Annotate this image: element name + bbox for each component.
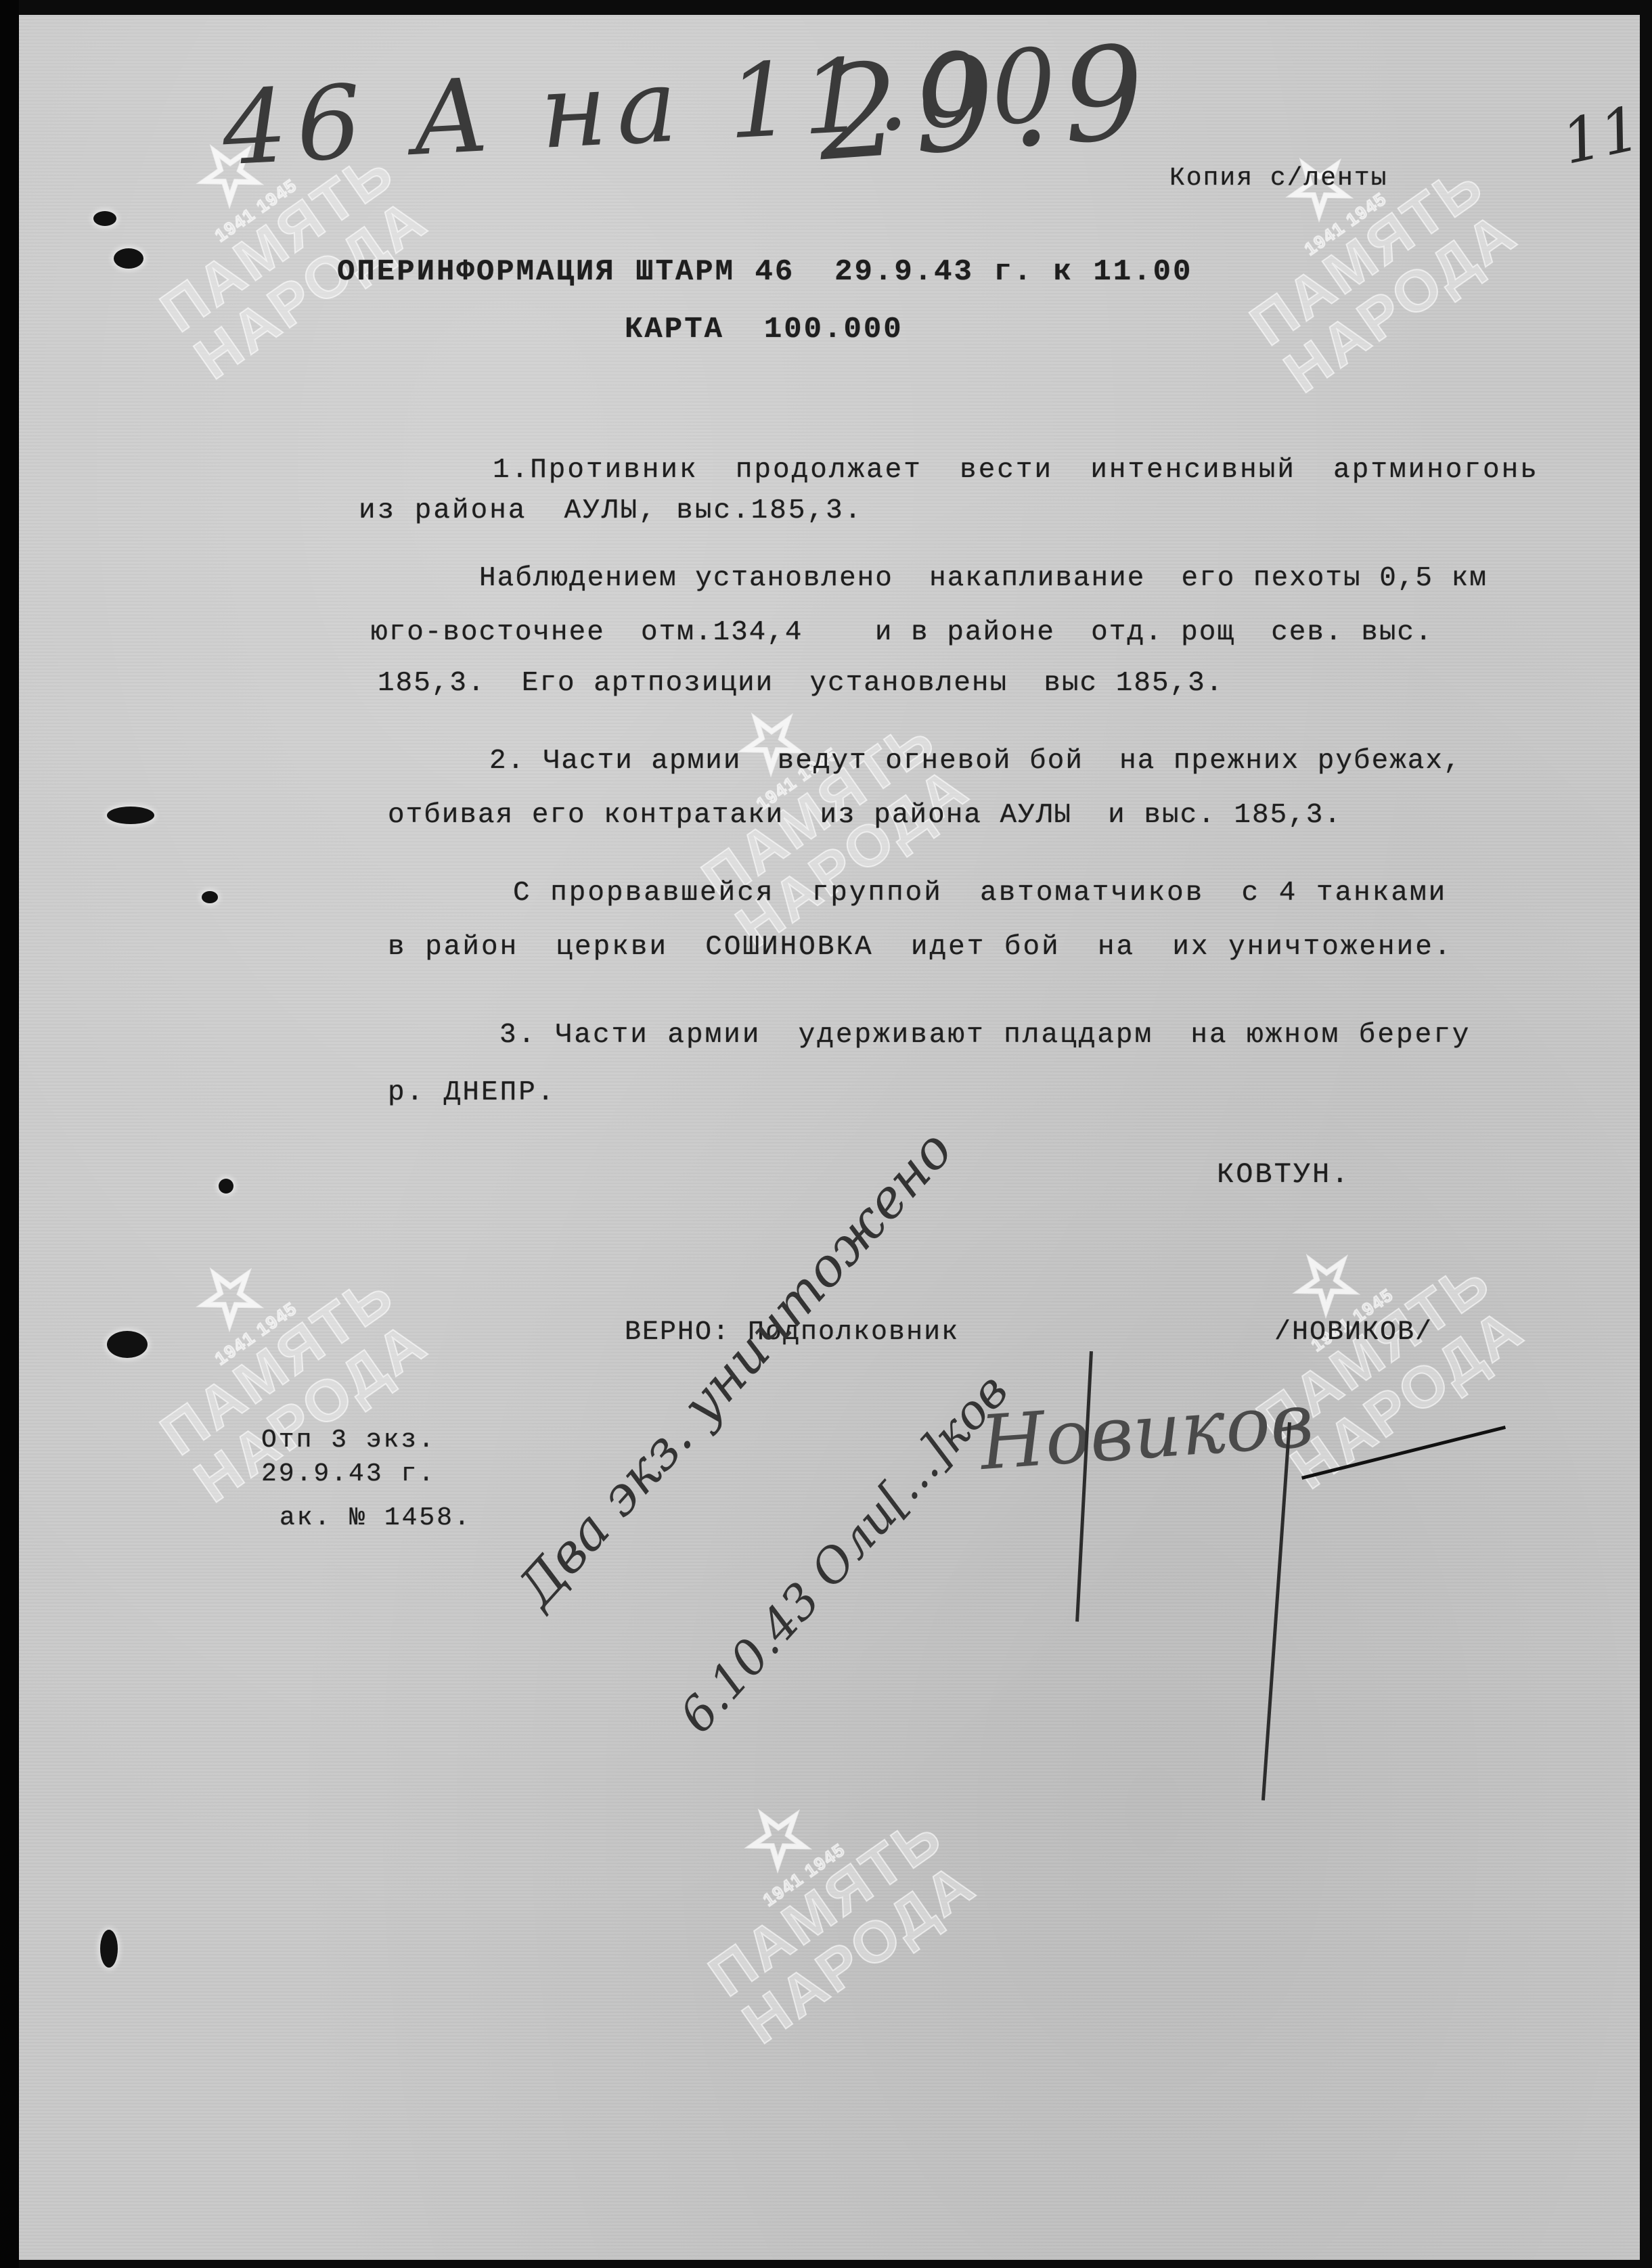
paragraph-3-line-1: 2. Части армии ведут огневой бой на преж… [489,746,1462,777]
punch-hole [107,1331,148,1358]
punch-hole [107,807,154,824]
paragraph-1-line-1: 1.Противник продолжает вести интенсивный… [493,455,1539,486]
distribution-copies: Отп 3 экз. [261,1426,436,1455]
handwritten-destruction-note-line-1: Два экз. уничтожено [506,1119,964,1618]
paragraph-4-line-1: С прорвавшейся группой автоматчиков с 4 … [513,878,1447,909]
handwritten-signature: Новиков [977,1377,1316,1487]
map-scale: КАРТА 100.000 [625,313,903,346]
punch-hole [100,1930,118,1968]
paragraph-1-line-2: из района АУЛЫ, выс.185,3. [359,495,863,526]
certification-name: /НОВИКОВ/ [1274,1317,1433,1348]
paragraph-3-line-2: отбивая его контратаки из района АУЛЫ и … [388,800,1342,831]
copy-label: Копия с/ленты [1169,164,1387,193]
punch-hole [114,248,143,269]
document-title: ОПЕРИНФОРМАЦИЯ ШТАРМ 46 29.9.43 г. к 11.… [337,255,1192,289]
document-page: ☆ 1941 1945 ПАМЯТЬ НАРОДА ☆ 1941 1945 ПА… [19,15,1640,2260]
signature-stroke [1262,1422,1291,1800]
punch-hole [202,891,218,903]
watermark: ☆ 1941 1945 ПАМЯТЬ НАРОДА [646,1729,985,2054]
paragraph-2-line-1: Наблюдением установлено накапливание его… [479,563,1488,594]
handwritten-date: 29.9 [813,17,1163,190]
signatory-name: КОВТУН. [1217,1158,1350,1191]
distribution-act-number: ак. № 1458. [280,1503,472,1533]
sheet-number: 115 [1556,85,1640,178]
signature-stroke [1075,1351,1093,1622]
punch-hole [93,211,116,226]
scan-dark-edge [0,0,19,2268]
paragraph-5-line-2: р. ДНЕПР. [388,1077,556,1108]
paragraph-4-line-2: в район церкви СОШИНОВКА идет бой на их … [388,932,1452,963]
distribution-date: 29.9.43 г. [261,1459,436,1489]
paragraph-2-line-3: 185,3. Его артпозиции установлены выс 18… [378,668,1224,699]
paragraph-5-line-1: 3. Части армии удерживают плацдарм на юж… [499,1020,1471,1051]
paragraph-2-line-2: юго-восточнее отм.134,4 и в районе отд. … [371,617,1433,648]
watermark: ☆ 1941 1945 ПАМЯТЬ НАРОДА [1188,78,1527,403]
punch-hole [219,1179,233,1194]
